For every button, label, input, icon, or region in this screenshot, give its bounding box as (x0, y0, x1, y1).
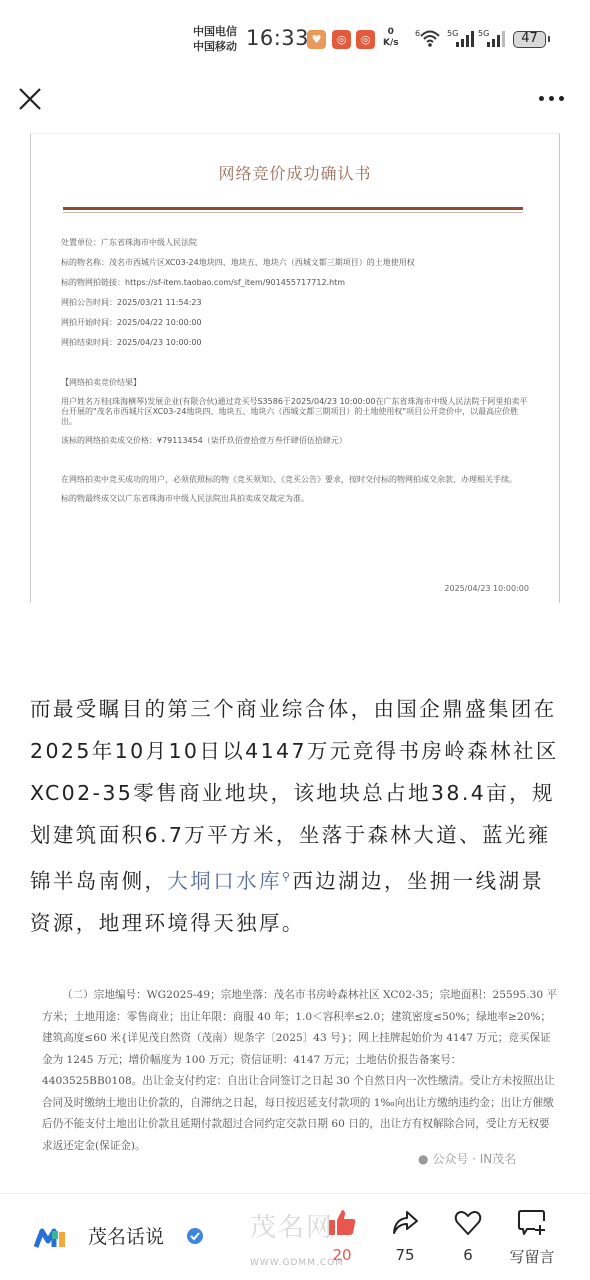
search-icon: ⚲ (282, 870, 292, 883)
wifi-icon: 6 (415, 28, 443, 48)
camera-app-icon-2: ◎ (356, 30, 375, 49)
doc-notice-2: 标的物最终成交以广东省珠海市中级人民法院出具拍卖成交裁定为准。 (61, 494, 531, 504)
heart-icon (453, 1208, 483, 1238)
write-comment-button[interactable]: 写留言 (502, 1208, 562, 1267)
svg-text:5G: 5G (478, 29, 489, 38)
author-name[interactable]: 茂名话说 (88, 1222, 164, 1249)
wechat-watermark: ● 公众号 · IN茂名 (418, 1150, 516, 1167)
carriers: 中国电信 中国移动 (193, 24, 237, 54)
signal-5g-icon: 5G (447, 28, 475, 48)
write-comment-label: 写留言 (502, 1246, 562, 1267)
favorite-button[interactable]: 6 (438, 1208, 498, 1264)
share-count: 75 (375, 1246, 435, 1264)
site-watermark-url: WWW.GDMM.COM (250, 1258, 344, 1268)
health-app-icon: ♥ (307, 30, 326, 49)
share-button[interactable]: 75 (375, 1208, 435, 1264)
signal-5g-icon-2: 5G (478, 28, 506, 48)
battery-indicator: 47 (513, 31, 546, 48)
close-icon[interactable] (17, 86, 43, 112)
more-icon[interactable] (539, 96, 564, 101)
doc-price: 该标的网络拍卖成交价格：¥79113454（柒仟玖佰壹拾壹万叁仟肆佰伍拾肆元） (61, 436, 531, 446)
doc-row: 处置单位：广东省珠海市中级人民法院 (61, 238, 531, 248)
carrier-1: 中国电信 (193, 24, 237, 39)
doc-row: 网拍公告时间：2025/03/21 11:54:23 (61, 298, 531, 308)
carrier-2: 中国移动 (193, 39, 237, 54)
comment-add-icon (517, 1208, 547, 1238)
status-bar: 中国电信 中国移动 16:33 ♥ ◎ ◎ 0 K/s 6 5G 5G 47 (0, 0, 590, 70)
share-icon (390, 1208, 420, 1238)
svg-text:6: 6 (415, 29, 420, 38)
doc-body: 处置单位：广东省珠海市中级人民法院 标的物名称：茂名市西城片区XC03-24地块… (61, 238, 531, 513)
net-speed: 0 K/s (383, 27, 399, 49)
excerpt-text: （二）宗地编号：WG2025-49；宗地坐落：茂名市书房岭森林社区 XC02-3… (42, 985, 560, 1157)
doc-row: 网拍结束时间：2025/04/23 10:00:00 (61, 338, 531, 348)
author-logo-icon[interactable] (34, 1227, 70, 1249)
doc-row: 标的物名称：茂名市西城片区XC03-24地块四、地块五、地块六（西城文都三期项目… (61, 258, 531, 268)
document-image[interactable]: 网络竞价成功确认书 处置单位：广东省珠海市中级人民法院 标的物名称：茂名市西城片… (30, 133, 560, 603)
svg-text:5G: 5G (447, 29, 458, 38)
camera-app-icon: ◎ (332, 30, 351, 49)
doc-divider (63, 207, 523, 210)
wechat-icon: ● (418, 1152, 428, 1166)
verified-badge-icon (186, 1227, 204, 1245)
search-link[interactable]: 大垌口水库⚲ (167, 869, 292, 893)
doc-title: 网络竞价成功确认书 (31, 161, 559, 184)
article-paragraph: 而最受瞩目的第三个商业综合体，由国企鼎盛集团在2025年10月10日以4147万… (30, 688, 560, 944)
doc-notice-1: 在网络拍卖中竞买成功的用户，必须依照标的物《竞买须知》、《竞买公告》要求，按时交… (61, 475, 531, 485)
favorite-count: 6 (438, 1246, 498, 1264)
site-watermark-logo: 茂名网 (250, 1207, 334, 1244)
doc-date: 2025/04/23 10:00:00 (444, 584, 529, 593)
doc-divider-thin (63, 212, 523, 213)
article-text: 而最受瞩目的第三个商业综合体，由国企鼎盛集团在2025年10月10日以4147万… (30, 697, 559, 893)
doc-row: 标的物网拍链接：https://sf-item.taobao.com/sf_it… (61, 278, 531, 288)
clock: 16:33 (246, 26, 309, 50)
doc-result-heading: 【网络拍卖竞价结果】 (61, 378, 531, 388)
doc-row: 网拍开始时间：2025/04/22 10:00:00 (61, 318, 531, 328)
top-nav (0, 70, 590, 130)
doc-result-text: 用户姓名万桂(珠海横琴)发展企业(有限合伙)通过竞买号S3586于2025/04… (61, 397, 531, 427)
battery-tip (548, 36, 550, 42)
